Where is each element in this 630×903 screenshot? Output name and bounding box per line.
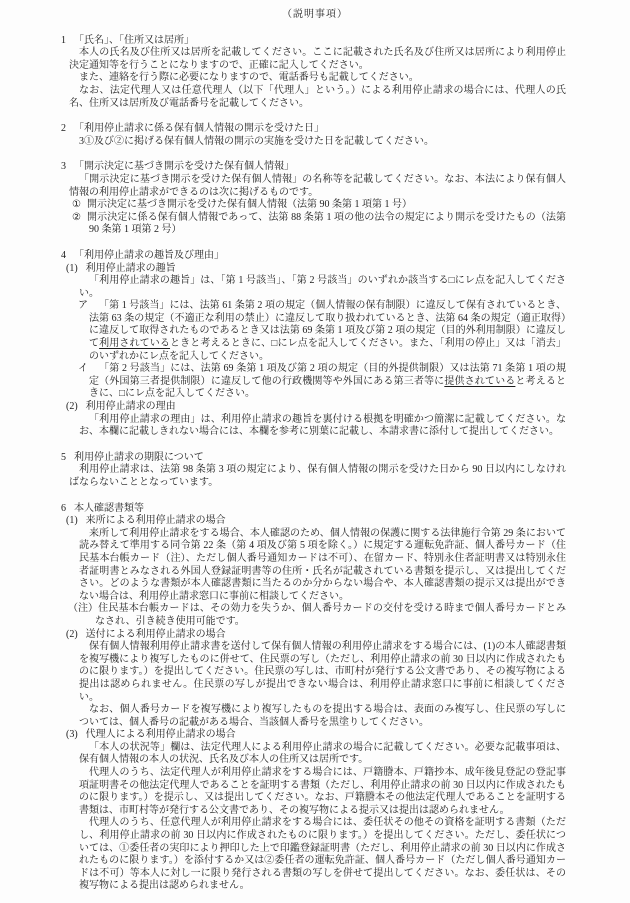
text-run: なお、法定代理人又は任意代理人（以下「代理人」という。）による利用停止請求の場合… — [69, 85, 566, 109]
section-4-heading: 4「利用停止請求の趣旨及び理由」 — [0, 250, 566, 263]
text-run: 代理人のうち、任意代理人が利用停止請求をする場合には、委任状その他その資格を証明… — [79, 817, 566, 891]
text-run: 利用停止請求の期限について — [74, 452, 204, 463]
item-label: 2 — [61, 123, 66, 136]
item-label: (1) — [66, 515, 78, 528]
item-label: ア — [78, 300, 88, 313]
text-run: 開示決定に基づき開示を受けた保有個人情報（法第 90 条第 1 項第 1 号） — [87, 199, 412, 210]
text-run: 「開示決定に基づき開示を受けた保有個人情報」 — [74, 161, 294, 172]
text-run: 住民基本台帳カードは、その効力を失うか、個人番号カードの交付を受ける時まで個人番… — [95, 603, 566, 627]
section-1-heading: 1「氏名」、「住所又は居所」 — [0, 35, 566, 48]
text-run: 「本人の状況等」欄は、法定代理人による利用停止請求の場合に記載してください。必要… — [79, 742, 566, 766]
paragraph: 代理人のうち、任意代理人が利用停止請求をする場合には、委任状その他その資格を証明… — [0, 817, 566, 893]
subsection-heading: (2)送付による利用停止請求の場合 — [0, 629, 566, 642]
item-label: 5 — [61, 452, 66, 465]
text-run: 開示決定に係る保有個人情報であって、法第 88 条第 1 項の他の法令の規定によ… — [87, 212, 566, 236]
text-run: 3①及び②に掲げる保有個人情報の開示の実施を受けた日を記載してください。 — [79, 136, 434, 147]
paragraph: 代理人のうち、法定代理人が利用停止請求をする場合には、戸籍謄本、戸籍抄本、成年後… — [0, 767, 566, 817]
text-run: 利用停止請求の趣旨 — [86, 263, 176, 274]
paragraph: 本人の氏名及び住所又は居所を記載してください。ここに記載された氏名及び住所又は居… — [0, 47, 566, 72]
subsection-heading: (1)利用停止請求の趣旨 — [0, 263, 566, 276]
text-run: 「利用停止請求の趣旨及び理由」 — [74, 250, 224, 261]
text-run: 「利用停止請求の趣旨」は、「第 1 号該当」、「第 2 号該当」のいずれか該当す… — [79, 275, 566, 299]
text-run: 「開示決定に基づき開示を受けた保有個人情報」の名称等を記載してください。なお、本… — [69, 174, 566, 198]
item-label: 1 — [61, 35, 66, 48]
numbered-item: ①開示決定に基づき開示を受けた保有個人情報（法第 90 条第 1 項第 1 号） — [0, 199, 566, 212]
text-run: 来所して利用停止請求をする場合、本人確認のため、個人情報の保護に関する法律施行令… — [79, 528, 566, 602]
paragraph: なお、法定代理人又は任意代理人（以下「代理人」という。）による利用停止請求の場合… — [0, 85, 566, 110]
paragraph: また、連絡を行う際に必要になりますので、電話番号も記載してください。 — [0, 72, 566, 85]
item-label: (1) — [66, 263, 78, 276]
text-run: 「氏名」、「住所又は居所」 — [74, 35, 194, 46]
paragraph: 「開示決定に基づき開示を受けた保有個人情報」の名称等を記載してください。なお、本… — [0, 174, 566, 199]
lettered-item: ア「第 1 号該当」には、法第 61 条第 2 項の規定（個人情報の保有制限）に… — [0, 300, 566, 363]
item-label: (2) — [66, 401, 78, 414]
paragraph: 保有個人情報利用停止請求書を送付して保有個人情報の利用停止請求をする場合には、(… — [0, 641, 566, 704]
paragraph: 来所して利用停止請求をする場合、本人確認のため、個人情報の保護に関する法律施行令… — [0, 528, 566, 604]
numbered-item: ②開示決定に係る保有個人情報であって、法第 88 条第 1 項の他の法令の規定に… — [0, 212, 566, 237]
section-2-heading: 2「利用停止請求に係る保有個人情報の開示を受けた日」 — [0, 123, 566, 136]
item-label: ① — [72, 199, 81, 212]
subsection-heading: (2)利用停止請求の理由 — [0, 401, 566, 414]
paragraph: 3①及び②に掲げる保有個人情報の開示の実施を受けた日を記載してください。 — [0, 136, 566, 149]
item-label: (3) — [66, 729, 78, 742]
document-body: 1「氏名」、「住所又は居所」本人の氏名及び住所又は居所を記載してください。ここに… — [0, 35, 566, 893]
item-label: (2) — [66, 629, 78, 642]
note: （注）住民基本台帳カードは、その効力を失うか、個人番号カードの交付を受ける時まで… — [0, 603, 566, 628]
document-title: （説明事項） — [64, 9, 566, 22]
text-run: 利用停止請求は、法第 98 条第 3 項の規定により、保有個人情報の開示を受けた… — [69, 464, 566, 488]
item-label: （注） — [68, 603, 98, 616]
section-3-heading: 3「開示決定に基づき開示を受けた保有個人情報」 — [0, 161, 566, 174]
section-5-heading: 5利用停止請求の期限について — [0, 452, 566, 465]
paragraph: 利用停止請求は、法第 98 条第 3 項の規定により、保有個人情報の開示を受けた… — [0, 464, 566, 489]
item-label: 4 — [61, 250, 66, 263]
text-run: また、連絡を行う際に必要になりますので、電話番号も記載してください。 — [79, 72, 419, 83]
text-run: なお、個人番号カードを複写機により複写したものを提出する場合は、表面のみ複写し、… — [79, 704, 566, 728]
item-label: ② — [72, 212, 81, 225]
lettered-item: イ「第 2 号該当」には、法第 69 条第 1 項及び第 2 項の規定（目的外提… — [0, 363, 566, 401]
text-run: 利用停止請求の理由 — [86, 401, 176, 412]
item-label: 6 — [61, 503, 66, 516]
text-run: 送付による利用停止請求の場合 — [86, 629, 226, 640]
item-label: イ — [78, 363, 88, 376]
item-label: 3 — [61, 161, 66, 174]
text-run: 来所による利用停止請求の場合 — [86, 515, 226, 526]
underlined-text: 利用されている — [99, 338, 170, 349]
paragraph: なお、個人番号カードを複写機により複写したものを提出する場合は、表面のみ複写し、… — [0, 704, 566, 729]
subsection-heading: (3)代理人による利用停止請求の場合 — [0, 729, 566, 742]
paragraph: 「利用停止請求の趣旨」は、「第 1 号該当」、「第 2 号該当」のいずれか該当す… — [0, 275, 566, 300]
document-page: （説明事項） 1「氏名」、「住所又は居所」本人の氏名及び住所又は居所を記載してく… — [0, 0, 630, 903]
text-run: 保有個人情報利用停止請求書を送付して保有個人情報の利用停止請求をする場合には、(… — [79, 641, 566, 702]
underlined-text: 提供されている — [444, 376, 515, 387]
paragraph: 「利用停止請求の理由」は、利用停止請求の趣旨を裏付ける根拠を明確かつ簡潔に記載し… — [0, 414, 566, 439]
text-run: 「利用停止請求の理由」は、利用停止請求の趣旨を裏付ける根拠を明確かつ簡潔に記載し… — [79, 414, 566, 438]
text-run: 本人の氏名及び住所又は居所を記載してください。ここに記載された氏名及び住所又は居… — [69, 47, 566, 71]
subsection-heading: (1)来所による利用停止請求の場合 — [0, 515, 566, 528]
paragraph: 「本人の状況等」欄は、法定代理人による利用停止請求の場合に記載してください。必要… — [0, 742, 566, 767]
text-run: 「利用停止請求に係る保有個人情報の開示を受けた日」 — [74, 123, 324, 134]
section-6-heading: 6本人確認書類等 — [0, 503, 566, 516]
text-run: 本人確認書類等 — [74, 503, 144, 514]
text-run: 代理人による利用停止請求の場合 — [86, 729, 236, 740]
text-run: 代理人のうち、法定代理人が利用停止請求をする場合には、戸籍謄本、戸籍抄本、成年後… — [79, 767, 566, 816]
